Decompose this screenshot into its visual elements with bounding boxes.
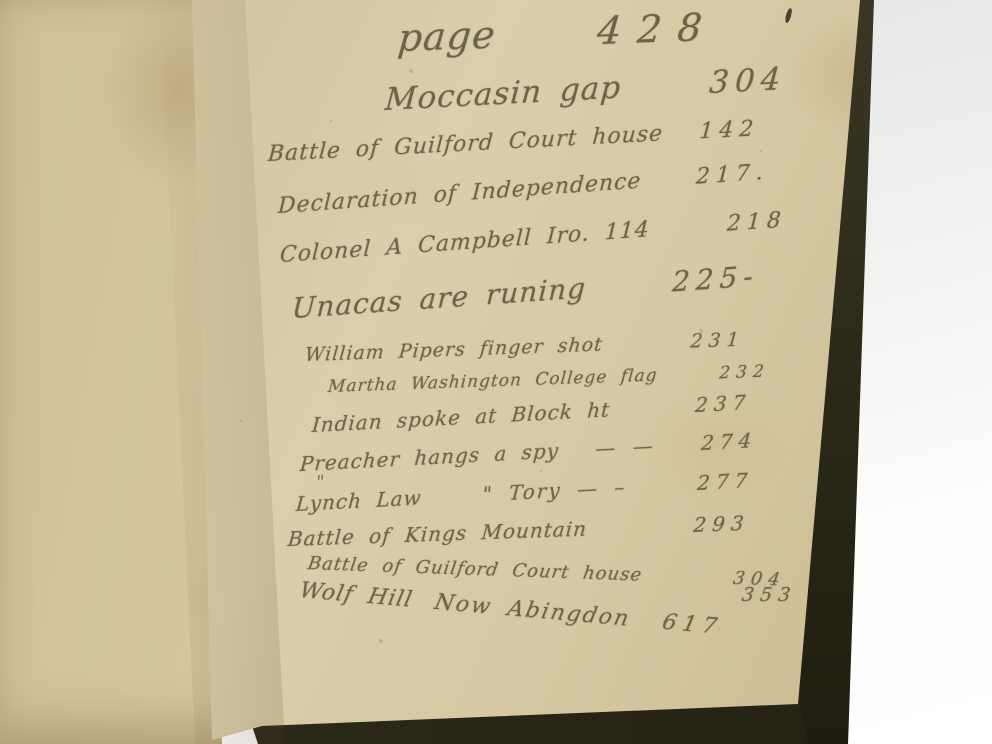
entry-text: Martha Washington College flag — [327, 365, 658, 397]
entry-text: Unacas are runing — [291, 271, 587, 325]
header-word: page — [396, 13, 498, 61]
entry-page-number: 304 — [708, 61, 788, 101]
entry-page-number: 231 — [690, 329, 746, 353]
entry-page-number: 237 — [694, 390, 752, 417]
index-entry: Indian spoke at Block ht 237 — [311, 390, 752, 437]
ink-mark — [784, 8, 792, 24]
header-number: 428 — [595, 5, 719, 53]
index-entry: Wolf Hill Now Abingdon 617 — [297, 578, 725, 640]
entry-text: Lynch Law — [295, 485, 422, 516]
entry-page-number: 274 — [700, 428, 758, 455]
index-entry: Declaration of Independence 217. — [277, 160, 769, 219]
index-entry: 353 — [731, 584, 796, 606]
entry-page-number: 218 — [726, 207, 787, 236]
entry-text: Battle of Kings Mountain — [287, 517, 588, 552]
index-entry: Lynch Law " Tory — – 277 — [295, 468, 754, 516]
entry-text: Colonel A Campbell Iro. 114 — [279, 217, 650, 268]
entry-text: Declaration of Independence — [277, 169, 642, 220]
page-header-line: page 428 — [396, 5, 720, 60]
index-entry: Moccasin gap 304 — [384, 61, 788, 118]
entry-text: Indian spoke at Block ht — [311, 397, 611, 437]
entry-text: Battle of Guilford Court house — [267, 121, 664, 167]
book-photo: page 428 Moccasin gap 304 Battle of Guil… — [0, 0, 992, 744]
entry-page-number: 277 — [696, 468, 754, 495]
entry-page-number: 217. — [695, 160, 769, 190]
index-entry: Battle of Guilford Court house 142 — [267, 116, 760, 167]
entry-page-number: 353 — [741, 584, 798, 606]
entry-text: Battle of Guilford Court house — [306, 553, 643, 586]
entry-text: Moccasin gap — [384, 70, 623, 119]
index-entry: William Pipers finger shot 231 — [304, 329, 746, 366]
entry-page-number: 232 — [718, 362, 770, 384]
entry-page-number: 293 — [693, 511, 751, 537]
entry-dashes: Now Abingdon — [432, 590, 633, 632]
index-entry: Colonel A Campbell Iro. 114 218 — [279, 207, 787, 268]
entry-page-number: 142 — [699, 116, 761, 144]
entry-text: Preacher hangs a spy — [299, 438, 560, 476]
entry-text: William Pipers finger shot — [304, 334, 604, 366]
index-entry: Unacas are runing 225- — [291, 259, 760, 325]
entry-dashes: — — — [595, 433, 656, 460]
index-entry: Battle of Kings Mountain 293 — [287, 511, 751, 551]
index-entry: Preacher hangs a spy — — 274 — [299, 428, 758, 476]
entry-page-number: 617 — [660, 610, 725, 640]
entry-page-number: 225- — [671, 259, 759, 298]
entry-text: Wolf Hill — [297, 578, 415, 612]
entry-dashes: " Tory — – — [482, 475, 627, 507]
